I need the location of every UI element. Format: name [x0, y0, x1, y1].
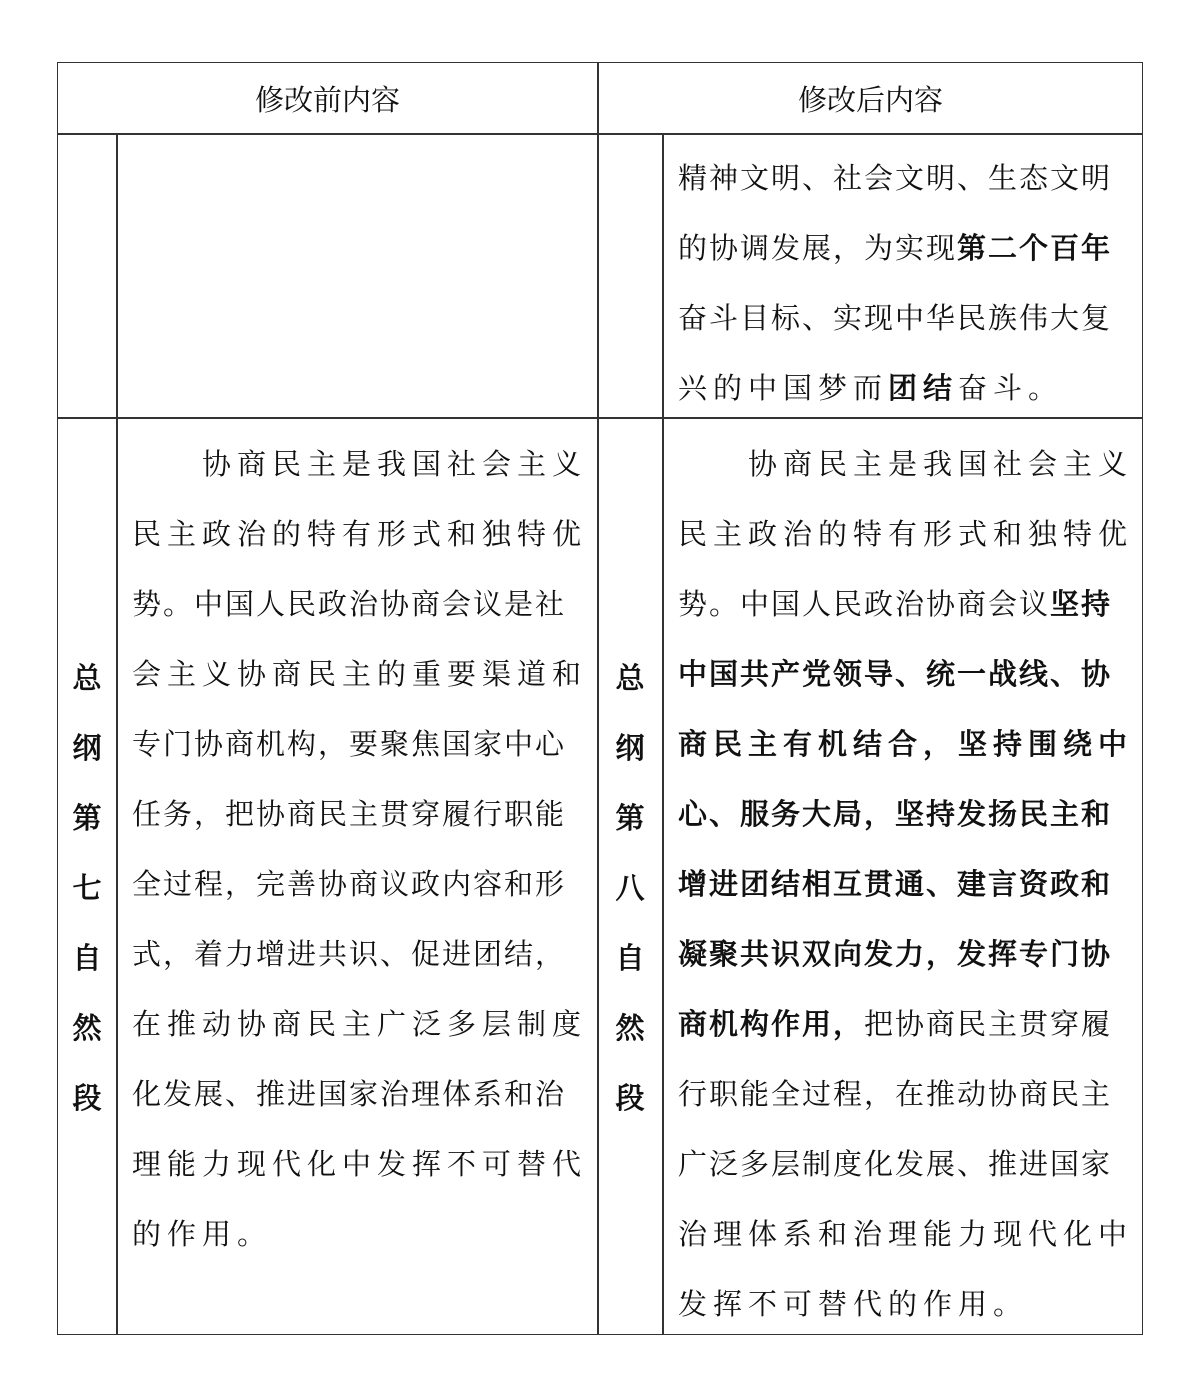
text-segment: 行职能全过程，在推动协商民主	[678, 1077, 1112, 1111]
text-line: 专门协商机构，要聚焦国家中心	[132, 709, 592, 779]
text-line: 精神文明、社会文明、生态文明	[678, 143, 1138, 213]
text-line: 广泛多层制度化发展、推进国家	[678, 1129, 1138, 1199]
bold-segment: 凝聚共识双向发力，发挥专门协	[678, 937, 1112, 971]
text-line: 的作用。	[132, 1199, 592, 1269]
text-segment: 势。中国人民政治协商会议	[678, 587, 1050, 621]
text-line: 协商民主是我国社会主义	[132, 429, 592, 499]
text-segment: 任务，把协商民主贯穿履行职能	[132, 797, 566, 831]
text-line: 民主政治的特有形式和独特优	[132, 499, 592, 569]
text-line: 任务，把协商民主贯穿履行职能	[132, 779, 592, 849]
text-segment: 发挥不可替代的作用。	[678, 1287, 1028, 1321]
text-segment: 的作用。	[132, 1217, 272, 1251]
header-divider	[58, 133, 1142, 135]
text-line: 理能力现代化中发挥不可替代	[132, 1129, 592, 1199]
text-line: 治理体系和治理能力现代化中	[678, 1199, 1138, 1269]
label-char: 八	[615, 853, 644, 923]
text-line: 会主义协商民主的重要渠道和	[132, 639, 592, 709]
text-line: 势。中国人民政治协商会议是社	[132, 569, 592, 639]
column-divider-after-label	[662, 133, 664, 1334]
bold-segment: 增进团结相互贯通、建言资政和	[678, 867, 1112, 901]
text-segment: 的协调发展，为实现	[678, 231, 957, 265]
text-line: 民主政治的特有形式和独特优	[678, 499, 1138, 569]
text-line: 势。中国人民政治协商会议坚持	[678, 569, 1138, 639]
text-line: 在推动协商民主广泛多层制度	[132, 989, 592, 1059]
text-segment: 民主政治的特有形式和独特优	[678, 517, 1133, 551]
text-line: 全过程，完善协商议政内容和形	[132, 849, 592, 919]
text-line: 商民主有机结合，坚持围绕中	[678, 709, 1138, 779]
label-char: 第	[72, 783, 101, 853]
bold-segment: 商民主有机结合，坚持围绕中	[678, 727, 1133, 761]
text-segment: 精神文明、社会文明、生态文明	[678, 161, 1112, 195]
text-line: 式，着力增进共识、促进团结，	[132, 919, 592, 989]
label-char: 段	[615, 1063, 644, 1133]
text-line: 化发展、推进国家治理体系和治	[132, 1059, 592, 1129]
bold-segment: 第二个百年	[957, 231, 1112, 265]
text-segment: 势。中国人民政治协商会议是社	[132, 587, 566, 621]
bold-segment: 商机构作用，	[678, 1007, 864, 1041]
label-char: 总	[615, 643, 644, 713]
text-line: 奋斗目标、实现中华民族伟大复	[678, 283, 1138, 353]
label-char: 纲	[615, 713, 644, 783]
text-segment: 专门协商机构，要聚焦国家中心	[132, 727, 566, 761]
text-segment: 式，着力增进共识、促进团结，	[132, 937, 566, 971]
text-segment: 全过程，完善协商议政内容和形	[132, 867, 566, 901]
text-segment: 理能力现代化中发挥不可替代	[132, 1147, 587, 1181]
row2-before-text: 协商民主是我国社会主义民主政治的特有形式和独特优势。中国人民政治协商会议是社会主…	[132, 429, 592, 1269]
text-segment: 会主义协商民主的重要渠道和	[132, 657, 587, 691]
bold-segment: 团结	[888, 371, 958, 405]
label-char: 总	[72, 643, 101, 713]
text-line: 的协调发展，为实现第二个百年	[678, 213, 1138, 283]
label-char: 段	[72, 1063, 101, 1133]
label-char: 然	[72, 993, 101, 1063]
text-line: 商机构作用，把协商民主贯穿履	[678, 989, 1138, 1059]
text-segment: 治理体系和治理能力现代化中	[678, 1217, 1133, 1251]
row1-after-text: 精神文明、社会文明、生态文明的协调发展，为实现第二个百年奋斗目标、实现中华民族伟…	[678, 143, 1138, 423]
text-line: 增进团结相互贯通、建言资政和	[678, 849, 1138, 919]
text-line: 心、服务大局，坚持发扬民主和	[678, 779, 1138, 849]
text-line: 发挥不可替代的作用。	[678, 1269, 1138, 1339]
text-segment: 在推动协商民主广泛多层制度	[132, 1007, 587, 1041]
text-line: 兴的中国梦而团结奋斗。	[678, 353, 1138, 423]
label-char: 然	[615, 993, 644, 1063]
text-segment: 民主政治的特有形式和独特优	[132, 517, 587, 551]
label-char: 七	[72, 853, 101, 923]
column-divider-before-label	[116, 133, 118, 1334]
bold-segment: 心、服务大局，坚持发扬民主和	[678, 797, 1112, 831]
label-char: 自	[615, 923, 644, 993]
row2-before-label: 总纲第七自然段	[58, 643, 116, 1133]
label-char: 第	[615, 783, 644, 853]
label-char: 自	[72, 923, 101, 993]
text-line: 凝聚共识双向发力，发挥专门协	[678, 919, 1138, 989]
text-segment: 协商民主是我国社会主义	[678, 447, 1133, 481]
text-segment: 把协商民主贯穿履	[864, 1007, 1112, 1041]
text-segment: 奋斗。	[958, 371, 1063, 405]
text-segment: 协商民主是我国社会主义	[132, 447, 587, 481]
row2-after-label: 总纲第八自然段	[598, 643, 662, 1133]
text-line: 协商民主是我国社会主义	[678, 429, 1138, 499]
text-line: 中国共产党领导、统一战线、协	[678, 639, 1138, 709]
bold-segment: 坚持	[1050, 587, 1112, 621]
header-after: 修改后内容	[598, 63, 1143, 134]
text-segment: 兴的中国梦而	[678, 371, 888, 405]
label-char: 纲	[72, 713, 101, 783]
header-before: 修改前内容	[58, 63, 597, 134]
text-segment: 化发展、推进国家治理体系和治	[132, 1077, 566, 1111]
text-line: 行职能全过程，在推动协商民主	[678, 1059, 1138, 1129]
row2-after-text: 协商民主是我国社会主义民主政治的特有形式和独特优势。中国人民政治协商会议坚持中国…	[678, 429, 1138, 1339]
comparison-table: 修改前内容 修改后内容 精神文明、社会文明、生态文明的协调发展，为实现第二个百年…	[57, 62, 1143, 1335]
text-segment: 奋斗目标、实现中华民族伟大复	[678, 301, 1112, 335]
text-segment: 广泛多层制度化发展、推进国家	[678, 1147, 1112, 1181]
bold-segment: 中国共产党领导、统一战线、协	[678, 657, 1112, 691]
